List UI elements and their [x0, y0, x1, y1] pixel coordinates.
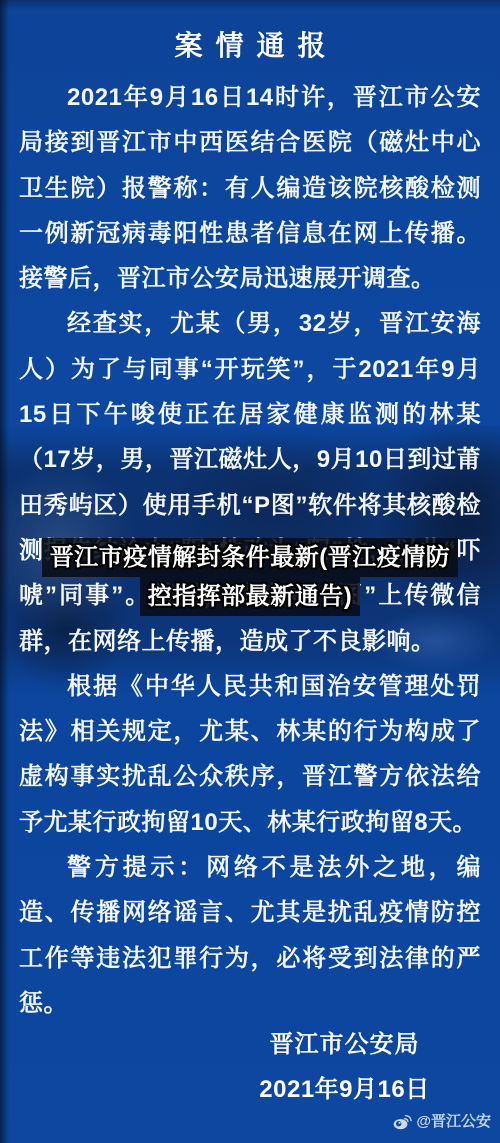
headline-line-1: 晋江市疫情解封条件最新(晋江疫情防: [42, 538, 459, 577]
headline-line-2: 控指挥部最新通告): [140, 577, 361, 616]
notice-paragraph-penalty: 根据《中华人民共和国治安管理处罚法》相关规定，尤某、林某的行为构成了虚构事实扰乱…: [19, 664, 481, 845]
watermark-handle: @晋江公安: [416, 1110, 491, 1131]
weibo-watermark: @晋江公安: [393, 1110, 491, 1131]
seo-headline-overlay: 晋江市疫情解封条件最新(晋江疫情防 控指挥部最新通告): [0, 538, 500, 616]
notice-paragraph-report: 2021年9月16日14时许，晋江市公安局接到晋江市中西医结合医院（磁灶中心卫生…: [19, 75, 481, 301]
notice-poster: 案情通报 2021年9月16日14时许，晋江市公安局接到晋江市中西医结合医院（磁…: [0, 0, 500, 1143]
signature-date: 2021年9月16日: [247, 1075, 442, 1105]
notice-paragraph-warning: 警方提示：网络不是法外之地，编造、传播网络谣言、尤其是扰乱疫情防控工作等违法犯罪…: [19, 845, 481, 1026]
signature-agency: 晋江市公安局: [247, 1030, 442, 1060]
weibo-icon: [393, 1112, 412, 1130]
signature-block: 晋江市公安局 2021年9月16日: [247, 1030, 442, 1105]
notice-title: 案情通报: [0, 24, 500, 64]
